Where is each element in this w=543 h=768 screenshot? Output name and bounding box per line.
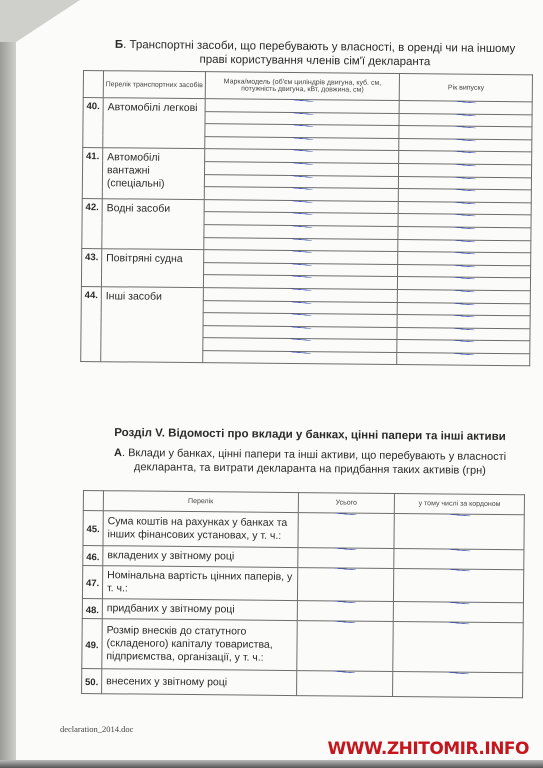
- assets-table: Перелік Усього у тому числі за кордоном …: [81, 490, 525, 698]
- vehicles-table-header: Перелік транспортних засобів Марка/модел…: [83, 71, 532, 102]
- handwritten-dash: [400, 139, 532, 140]
- handwritten-dash: [204, 275, 397, 277]
- asset-abroad-cell: [394, 548, 524, 569]
- handwritten-dash: [400, 151, 532, 152]
- handwritten-dash: [205, 187, 398, 189]
- handwritten-dash: [400, 101, 532, 102]
- vehicle-type: Автомобілі вантажні (спеціальні): [102, 148, 204, 199]
- handwritten-dash: [394, 622, 523, 623]
- vehicle-year-cell: [399, 164, 532, 178]
- asset-description: вкладених у звітному році: [103, 546, 298, 568]
- vehicle-year-cell: [399, 126, 532, 140]
- handwritten-dash: [298, 568, 394, 569]
- handwritten-dash: [398, 277, 530, 278]
- header-year: Рік випуску: [400, 74, 533, 102]
- asset-abroad-cell: [394, 568, 524, 602]
- handwritten-dash: [203, 338, 396, 340]
- header-num: [83, 71, 103, 98]
- handwritten-dash: [205, 162, 398, 164]
- vehicle-type: Водні засоби: [102, 198, 204, 249]
- header-total: Усього: [298, 493, 395, 514]
- handwritten-dash: [298, 548, 394, 549]
- vehicle-year-cell: [399, 101, 532, 115]
- handwritten-dash: [398, 340, 530, 341]
- vehicle-year-cell: [398, 252, 531, 266]
- asset-total-cell: [297, 548, 394, 569]
- handwritten-dash: [399, 189, 531, 190]
- row-number: 47.: [82, 566, 102, 599]
- vehicle-year-cell: [399, 113, 532, 127]
- asset-total-cell: [296, 671, 393, 697]
- handwritten-dash: [205, 175, 398, 177]
- vehicle-year-cell: [399, 189, 532, 203]
- handwritten-dash: [394, 602, 523, 603]
- handwritten-dash: [398, 315, 530, 316]
- handwritten-dash: [398, 290, 530, 291]
- handwritten-dash: [204, 301, 397, 303]
- asset-description: Сума коштів на рахунках у банках та інши…: [103, 511, 298, 548]
- vehicle-type: Автомобілі легкові: [103, 98, 205, 149]
- handwritten-dash: [297, 671, 393, 672]
- row-number: 44.: [81, 286, 102, 362]
- asset-total-cell: [298, 513, 395, 549]
- handwritten-dash: [204, 213, 397, 215]
- handwritten-dash: [205, 150, 398, 152]
- scan-edge: [0, 0, 16, 768]
- asset-abroad-cell: [394, 601, 524, 622]
- row-number: 50.: [82, 668, 102, 693]
- handwritten-dash: [398, 265, 530, 266]
- handwritten-dash: [204, 313, 397, 315]
- vehicle-year-cell: [399, 151, 532, 165]
- handwritten-dash: [398, 328, 530, 329]
- asset-row: 45.Сума коштів на рахунках у банках та і…: [83, 511, 524, 550]
- section-v-subtitle: А. Вклади у банках, цінні папери та інші…: [100, 446, 520, 478]
- handwritten-dash: [399, 202, 531, 203]
- handwritten-dash: [298, 513, 394, 514]
- vehicle-year-cell: [397, 315, 530, 329]
- asset-description: Розмір внесків до статутного (складеного…: [102, 619, 297, 671]
- asset-description: внесених у звітному році: [102, 669, 297, 696]
- handwritten-dash: [204, 288, 397, 290]
- handwritten-dash: [206, 99, 399, 101]
- vehicle-year-cell: [398, 277, 531, 291]
- row-number: 41.: [82, 148, 102, 199]
- vehicle-year-cell: [398, 226, 531, 240]
- row-number: 45.: [83, 511, 103, 546]
- header-num: [83, 491, 103, 511]
- asset-total-cell: [297, 568, 394, 602]
- row-number: 48.: [82, 598, 102, 618]
- vehicle-type: Повітряні судна: [101, 249, 203, 288]
- row-number: 40.: [83, 98, 103, 149]
- handwritten-dash: [398, 353, 530, 354]
- handwritten-dash: [399, 252, 531, 253]
- handwritten-dash: [399, 227, 531, 228]
- footer-filename: declaration_2014.doc: [60, 724, 133, 734]
- row-number: 43.: [81, 249, 101, 287]
- handwritten-dash: [205, 137, 398, 139]
- vehicle-year-cell: [398, 214, 531, 228]
- vehicle-year-cell: [398, 239, 531, 253]
- asset-row: 49.Розмір внесків до статутного (складен…: [82, 618, 523, 672]
- handwritten-dash: [203, 326, 396, 328]
- scan-bottom-edge: [0, 760, 543, 768]
- row-number: 49.: [82, 618, 102, 668]
- vehicle-year-cell: [397, 352, 530, 366]
- vehicle-model-cell: [203, 351, 398, 365]
- handwritten-dash: [394, 672, 523, 673]
- handwritten-dash: [400, 126, 532, 127]
- asset-total-cell: [296, 621, 393, 672]
- asset-abroad-cell: [393, 671, 523, 697]
- header-model: Марка/модель (об'єм циліндрів двигуна, к…: [205, 72, 400, 101]
- row-number: 42.: [82, 198, 102, 249]
- handwritten-dash: [205, 124, 398, 126]
- handwritten-dash: [205, 112, 398, 114]
- vehicles-table: Перелік транспортних засобів Марка/модел…: [80, 70, 533, 367]
- asset-description: Номінальна вартість цінних паперів, у т.…: [102, 566, 297, 601]
- handwritten-dash: [398, 303, 530, 304]
- vehicle-type: Інші засоби: [101, 287, 204, 364]
- vehicle-year-cell: [399, 138, 532, 152]
- handwritten-dash: [297, 621, 393, 622]
- asset-abroad-cell: [394, 513, 524, 549]
- handwritten-dash: [400, 114, 532, 115]
- asset-row: 50.внесених у звітному році: [82, 668, 523, 697]
- asset-abroad-cell: [393, 621, 523, 672]
- handwritten-dash: [205, 200, 398, 202]
- vehicle-year-cell: [397, 302, 530, 316]
- vehicle-year-cell: [397, 340, 530, 354]
- handwritten-dash: [204, 263, 397, 265]
- handwritten-dash: [395, 569, 524, 570]
- vehicle-year-cell: [397, 327, 530, 341]
- header-list: Перелік транспортних засобів: [103, 71, 205, 99]
- vehicle-year-cell: [398, 201, 531, 215]
- section-b-title: Б. Транспортні засоби, що перебувають у …: [110, 38, 520, 70]
- handwritten-dash: [399, 164, 531, 165]
- handwritten-dash: [204, 250, 397, 252]
- watermark: WWW.ZHITOMIR.INFO: [328, 739, 529, 759]
- handwritten-dash: [203, 351, 396, 353]
- asset-description: придбаних у звітному році: [102, 599, 297, 621]
- handwritten-dash: [395, 549, 524, 550]
- asset-row: 47.Номінальна вартість цінних паперів, у…: [82, 566, 523, 603]
- handwritten-dash: [399, 214, 531, 215]
- handwritten-dash: [395, 514, 524, 515]
- vehicle-year-cell: [398, 264, 531, 278]
- header-abroad: у тому числі за кордоном: [395, 493, 525, 514]
- row-number: 46.: [83, 546, 103, 566]
- header-list: Перелік: [103, 491, 298, 513]
- vehicle-year-cell: [399, 176, 532, 190]
- handwritten-dash: [399, 240, 531, 241]
- asset-total-cell: [297, 601, 394, 622]
- handwritten-dash: [204, 238, 397, 240]
- handwritten-dash: [204, 225, 397, 227]
- handwritten-dash: [399, 177, 531, 178]
- handwritten-dash: [298, 601, 394, 602]
- vehicle-year-cell: [398, 289, 531, 303]
